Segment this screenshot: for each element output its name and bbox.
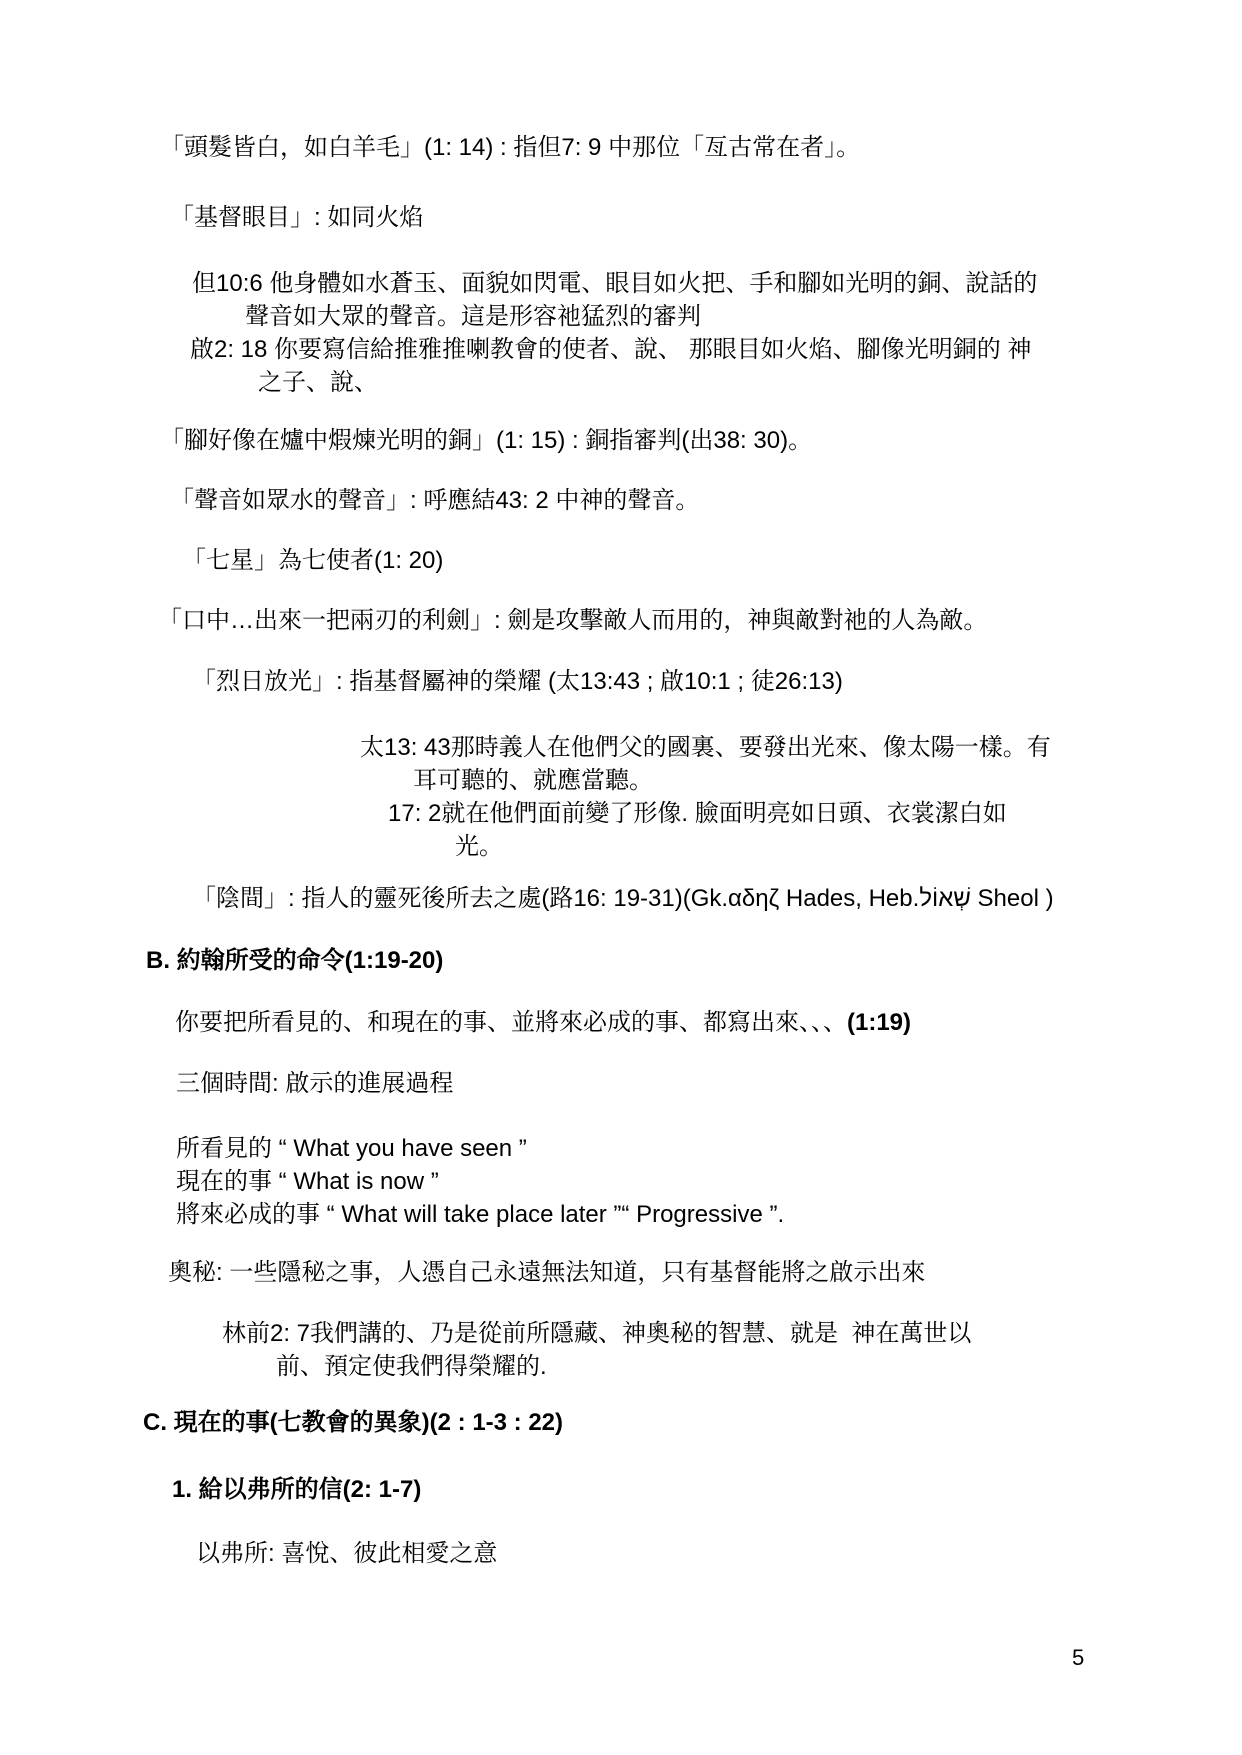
text-segment: 光。 bbox=[455, 833, 503, 860]
text-segment: 現在的事 “ What is now ” bbox=[176, 1168, 439, 1195]
text-line: 耳可聽的、就應當聽。 bbox=[413, 764, 653, 797]
text-line: 「聲音如眾水的聲音」: 呼應結43: 2 中神的聲音。 bbox=[170, 484, 699, 517]
text-segment: 「頭髮皆白，如白羊毛」(1: 14) : 指但7: 9 中那位「亙古常在者」。 bbox=[160, 134, 860, 161]
text-segment: 「聲音如眾水的聲音」: 呼應結43: 2 中神的聲音。 bbox=[170, 487, 699, 514]
text-line: 三個時間: 啟示的進展過程 bbox=[176, 1067, 453, 1100]
text-segment: 聲音如大眾的聲音。這是形容祂猛烈的審判 bbox=[245, 303, 701, 330]
text-line: 但10:6 他身體如水蒼玉、面貌如閃電、眼目如火把、手和腳如光明的銅、說話的 bbox=[192, 267, 1037, 300]
text-segment: 以弗所: 喜悅、彼此相愛之意 bbox=[196, 1540, 497, 1567]
text-line: 林前2: 7我們講的、乃是從前所隱藏、神奧秘的智慧、就是 神在萬世以 bbox=[222, 1317, 971, 1350]
text-line: 之子、說、 bbox=[258, 366, 378, 399]
text-segment: 太13: 43那時義人在他們父的國裏、要發出光來、像太陽一樣。有 bbox=[360, 734, 1051, 761]
text-segment: 「七星」為七使者(1: 20) bbox=[182, 547, 443, 574]
text-line: 「陰間」: 指人的靈死後所去之處(路16: 19-31)(Gk.αδηζ Had… bbox=[192, 882, 1054, 915]
bold-text-segment: B. 約翰所受的命令(1:19-20) bbox=[146, 947, 443, 974]
text-segment: 林前2: 7我們講的、乃是從前所隱藏、神奧秘的智慧、就是 神在萬世以 bbox=[222, 1320, 971, 1347]
text-segment: 之子、說、 bbox=[258, 369, 378, 396]
text-segment: 但10:6 他身體如水蒼玉、面貌如閃電、眼目如火把、手和腳如光明的銅、說話的 bbox=[192, 270, 1037, 297]
text-segment: 將來必成的事 “ What will take place later ”“ P… bbox=[176, 1201, 784, 1228]
text-line: 以弗所: 喜悅、彼此相愛之意 bbox=[196, 1537, 497, 1570]
text-line: 聲音如大眾的聲音。這是形容祂猛烈的審判 bbox=[245, 300, 701, 333]
text-segment: 啟2: 18 你要寫信給推雅推喇教會的使者、說、 那眼目如火焰、腳像光明銅的 神 bbox=[190, 336, 1031, 363]
text-segment: 17: 2就在他們面前變了形像. 臉面明亮如日頭、衣裳潔白如 bbox=[388, 800, 1007, 827]
text-line: 所看見的 “ What you have seen ” bbox=[176, 1132, 527, 1165]
text-segment: 「陰間」: 指人的靈死後所去之處(路16: 19-31)(Gk.αδηζ Had… bbox=[192, 885, 1054, 912]
text-line: 「腳好像在爐中煆煉光明的銅」(1: 15) : 銅指審判(出38: 30)。 bbox=[160, 424, 812, 457]
text-line: 1. 給以弗所的信(2: 1-7) bbox=[172, 1473, 421, 1506]
text-line: 「口中…出來一把兩刃的利劍」: 劍是攻擊敵人而用的，神與敵對祂的人為敵。 bbox=[158, 604, 987, 637]
text-segment: 「烈日放光」: 指基督屬神的榮耀 (太13:43 ; 啟10:1 ; 徒26:1… bbox=[192, 668, 843, 695]
text-line: 奧秘: 一些隱秘之事，人憑自己永遠無法知道，只有基督能將之啟示出來 bbox=[168, 1256, 925, 1289]
text-segment: 三個時間: 啟示的進展過程 bbox=[176, 1070, 453, 1097]
text-line: 前、預定使我們得榮耀的. bbox=[276, 1350, 547, 1383]
text-segment: 奧秘: 一些隱秘之事，人憑自己永遠無法知道，只有基督能將之啟示出來 bbox=[168, 1259, 925, 1286]
text-line: 「頭髮皆白，如白羊毛」(1: 14) : 指但7: 9 中那位「亙古常在者」。 bbox=[160, 131, 860, 164]
text-line: 將來必成的事 “ What will take place later ”“ P… bbox=[176, 1198, 784, 1231]
document-page: 「頭髮皆白，如白羊毛」(1: 14) : 指但7: 9 中那位「亙古常在者」。「… bbox=[0, 0, 1242, 1755]
text-line: B. 約翰所受的命令(1:19-20) bbox=[146, 944, 443, 977]
text-segment: 「腳好像在爐中煆煉光明的銅」(1: 15) : 銅指審判(出38: 30)。 bbox=[160, 427, 812, 454]
bold-text-segment: 1. 給以弗所的信(2: 1-7) bbox=[172, 1476, 421, 1503]
text-segment: 前、預定使我們得榮耀的. bbox=[276, 1353, 547, 1380]
bold-text-segment: C. 現在的事(七教會的異象)(2 : 1-3 : 22) bbox=[143, 1409, 563, 1436]
text-line: 現在的事 “ What is now ” bbox=[176, 1165, 439, 1198]
text-segment: 你要把所看見的、和現在的事、並將來必成的事、都寫出來、、、 bbox=[175, 1009, 847, 1036]
text-segment: 「口中…出來一把兩刃的利劍」: 劍是攻擊敵人而用的，神與敵對祂的人為敵。 bbox=[158, 607, 987, 634]
text-line: 你要把所看見的、和現在的事、並將來必成的事、都寫出來、、、(1:19) bbox=[175, 1006, 911, 1039]
text-line: 「基督眼目」: 如同火焰 bbox=[170, 201, 423, 234]
page-number: 5 bbox=[1072, 1643, 1084, 1673]
text-line: 啟2: 18 你要寫信給推雅推喇教會的使者、說、 那眼目如火焰、腳像光明銅的 神 bbox=[190, 333, 1031, 366]
text-segment: 「基督眼目」: 如同火焰 bbox=[170, 204, 423, 231]
text-line: C. 現在的事(七教會的異象)(2 : 1-3 : 22) bbox=[143, 1406, 563, 1439]
text-line: 17: 2就在他們面前變了形像. 臉面明亮如日頭、衣裳潔白如 bbox=[388, 797, 1007, 830]
text-segment: 耳可聽的、就應當聽。 bbox=[413, 767, 653, 794]
text-line: 「七星」為七使者(1: 20) bbox=[182, 544, 443, 577]
text-line: 「烈日放光」: 指基督屬神的榮耀 (太13:43 ; 啟10:1 ; 徒26:1… bbox=[192, 665, 843, 698]
text-line: 太13: 43那時義人在他們父的國裏、要發出光來、像太陽一樣。有 bbox=[360, 731, 1051, 764]
text-line: 光。 bbox=[455, 830, 503, 863]
bold-text-segment: (1:19) bbox=[847, 1009, 911, 1036]
text-segment: 所看見的 “ What you have seen ” bbox=[176, 1135, 527, 1162]
